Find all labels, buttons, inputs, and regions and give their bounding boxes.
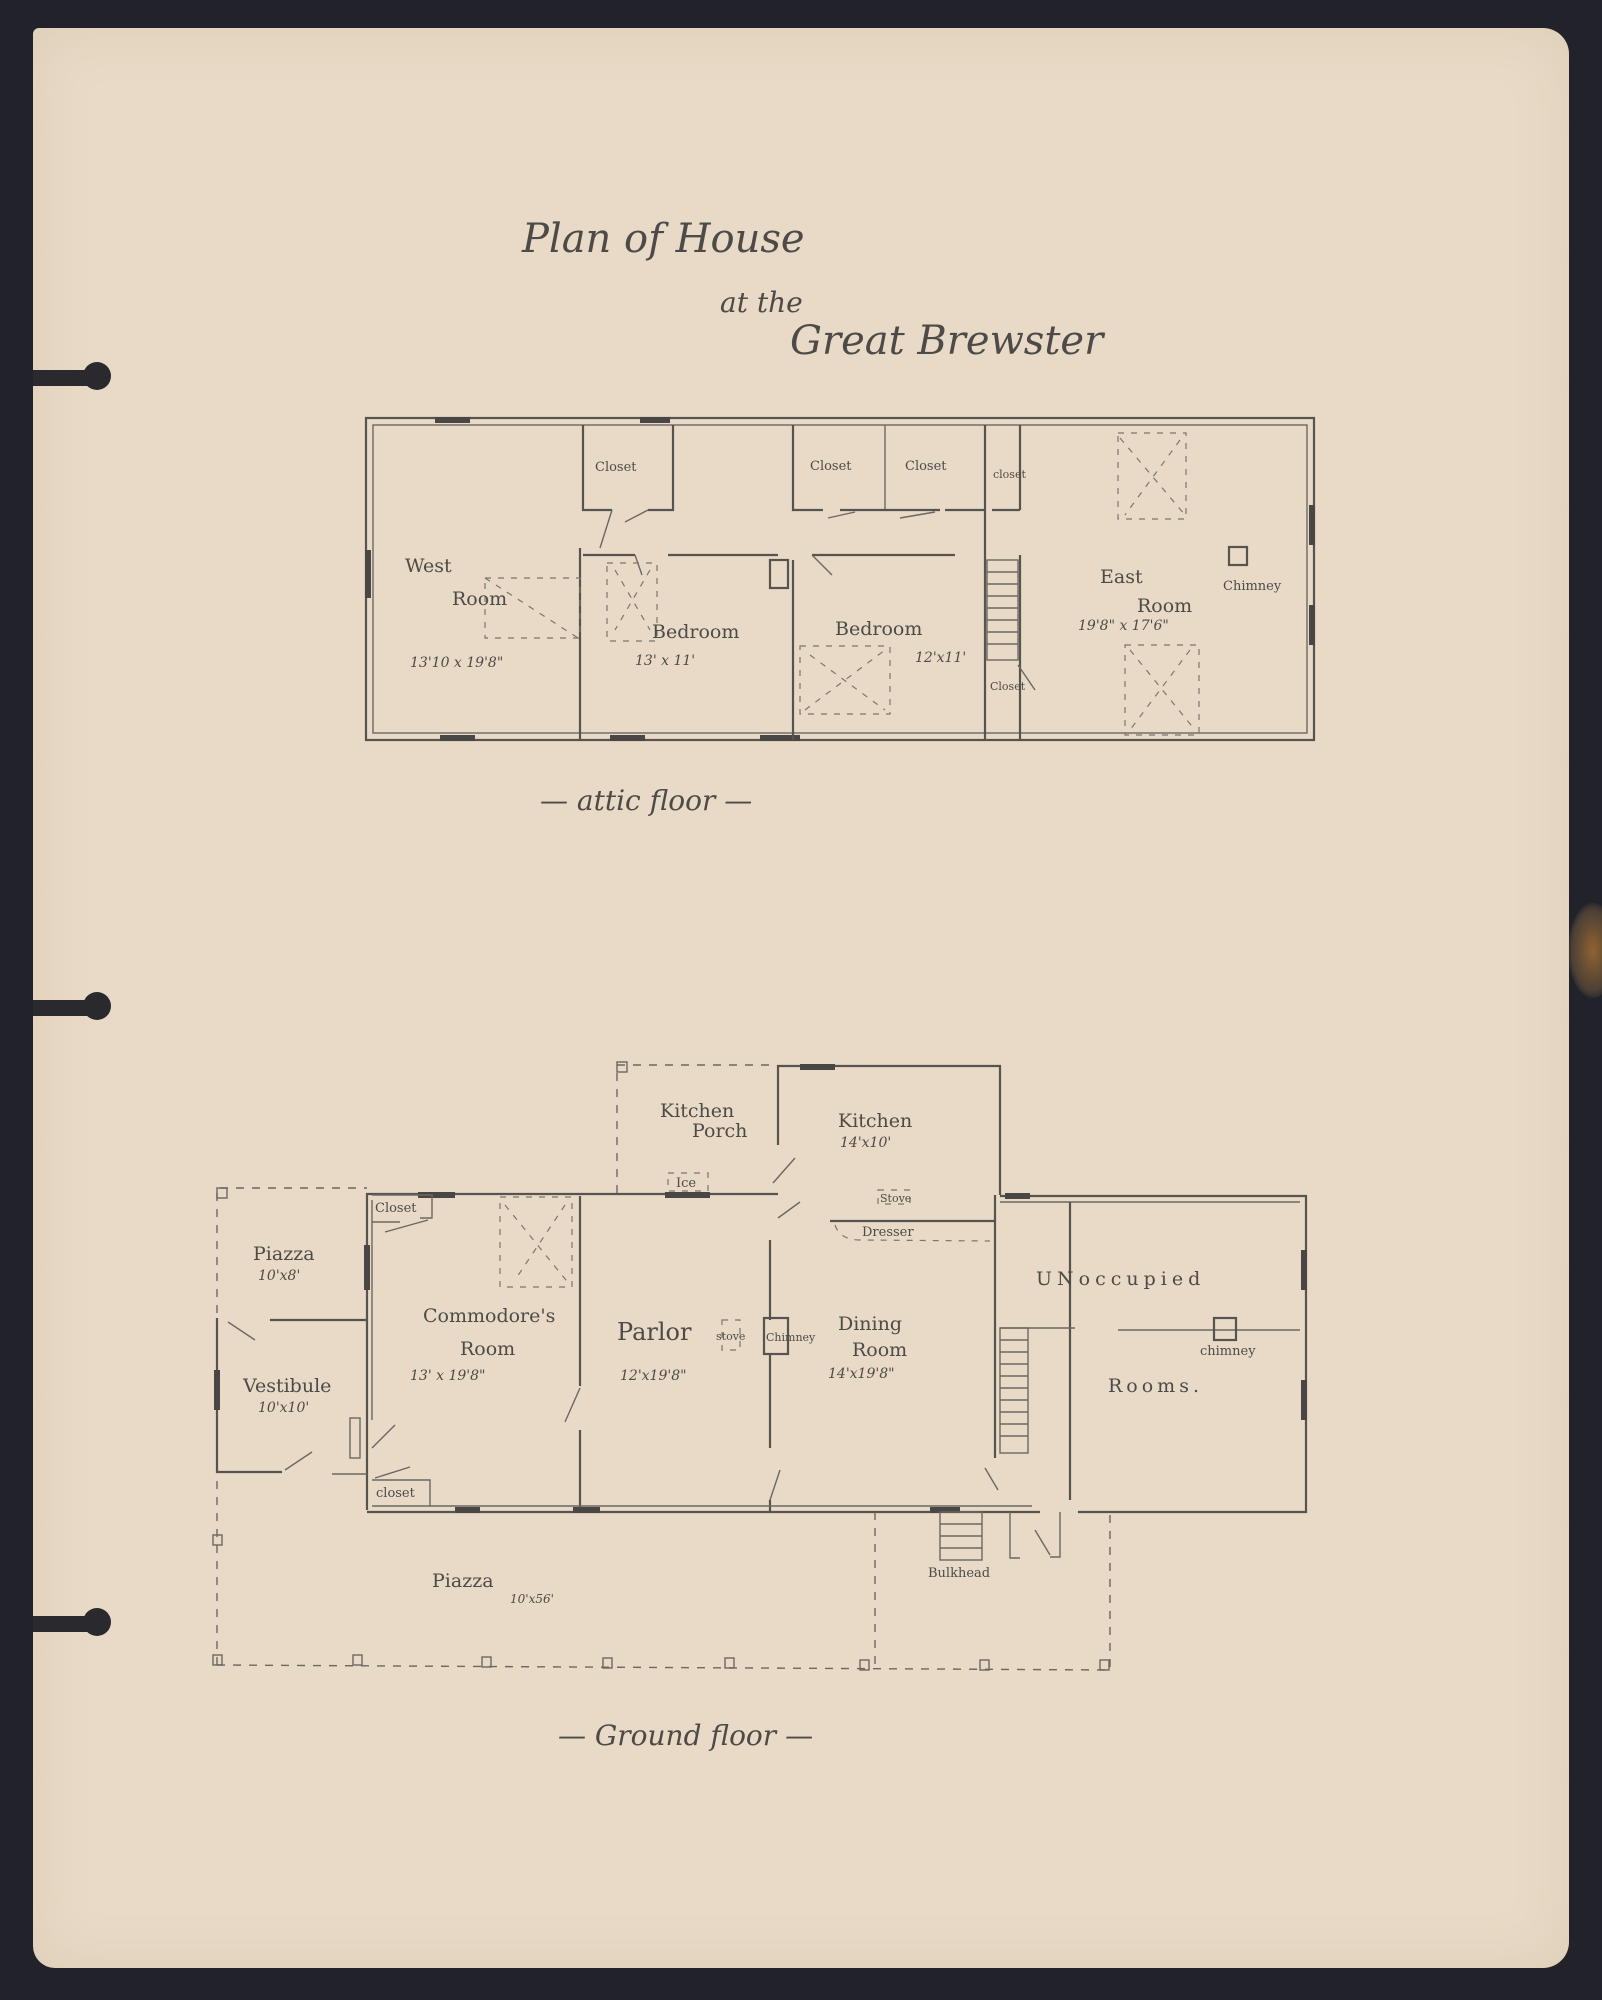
svg-text:stove: stove [716, 1330, 745, 1343]
svg-text:10'x56': 10'x56' [510, 1592, 554, 1606]
svg-text:Stove: Stove [880, 1192, 911, 1205]
attic-west-room-label: West [405, 555, 452, 577]
svg-text:13' x 19'8": 13' x 19'8" [410, 1368, 485, 1384]
bulkhead-label: Bulkhead [928, 1566, 990, 1581]
svg-text:Chimney: Chimney [766, 1331, 816, 1344]
svg-text:chimney: chimney [1200, 1344, 1256, 1359]
piazza-large-label: Piazza [432, 1570, 494, 1592]
attic-floor-caption: — attic floor — [540, 784, 752, 817]
svg-text:Ice: Ice [676, 1176, 696, 1191]
attic-east-room-label: East [1100, 566, 1143, 588]
svg-text:13' x 11': 13' x 11' [635, 653, 695, 669]
svg-text:at the: at the [720, 286, 803, 319]
svg-text:10'x8': 10'x8' [258, 1268, 300, 1284]
svg-text:19'8" x 17'6": 19'8" x 17'6" [1078, 618, 1169, 634]
svg-text:closet: closet [376, 1486, 416, 1501]
commodores-room-label: Commodore's [423, 1305, 555, 1327]
svg-text:12'x19'8": 12'x19'8" [620, 1368, 687, 1384]
svg-text:13'10 x 19'8": 13'10 x 19'8" [410, 655, 503, 671]
svg-text:Closet: Closet [595, 460, 637, 475]
svg-text:12'x11': 12'x11' [915, 650, 966, 666]
svg-text:Chimney: Chimney [1223, 579, 1282, 594]
unoccupied-label: UNoccupied [1036, 1268, 1205, 1290]
svg-text:Closet: Closet [905, 459, 947, 474]
kitchen-label: Kitchen [838, 1110, 912, 1132]
dining-room-label: Dining [838, 1313, 902, 1335]
svg-text:closet: closet [993, 468, 1026, 481]
svg-text:Room: Room [452, 588, 507, 610]
svg-text:10'x10': 10'x10' [258, 1400, 309, 1416]
svg-text:14'x19'8": 14'x19'8" [828, 1366, 895, 1382]
svg-text:Closet: Closet [990, 680, 1026, 693]
attic-bedroom-1-label: Bedroom [652, 621, 739, 643]
svg-text:14'x10': 14'x10' [840, 1135, 891, 1151]
svg-text:Porch: Porch [692, 1120, 747, 1142]
piazza-small-label: Piazza [253, 1243, 315, 1265]
svg-text:Closet: Closet [810, 459, 852, 474]
svg-text:Room: Room [460, 1338, 515, 1360]
svg-text:Rooms.: Rooms. [1108, 1375, 1203, 1397]
vestibule-label: Vestibule [242, 1375, 331, 1397]
ground-floor-plan: Kitchen Porch Kitchen 14'x10' Ice Stove … [213, 1062, 1306, 1670]
svg-text:Room: Room [852, 1339, 907, 1361]
svg-text:Kitchen: Kitchen [660, 1100, 734, 1122]
floor-plans-drawing: .w{stroke:#57534f;stroke-width:2.2;fill:… [0, 0, 1602, 2000]
svg-text:Closet: Closet [375, 1201, 417, 1216]
ground-floor-caption: — Ground floor — [558, 1719, 813, 1752]
svg-text:Great Brewster: Great Brewster [790, 318, 1106, 364]
svg-text:Room: Room [1137, 595, 1192, 617]
attic-bedroom-2-label: Bedroom [835, 618, 922, 640]
attic-floor-plan: West Room 13'10 x 19'8" Closet Bedroom 1… [366, 418, 1314, 740]
parlor-label: Parlor [617, 1318, 692, 1346]
svg-text:Plan of House: Plan of House [521, 216, 805, 262]
svg-text:Dresser: Dresser [862, 1225, 914, 1240]
page-title: Plan of House at the Great Brewster [521, 216, 1106, 364]
